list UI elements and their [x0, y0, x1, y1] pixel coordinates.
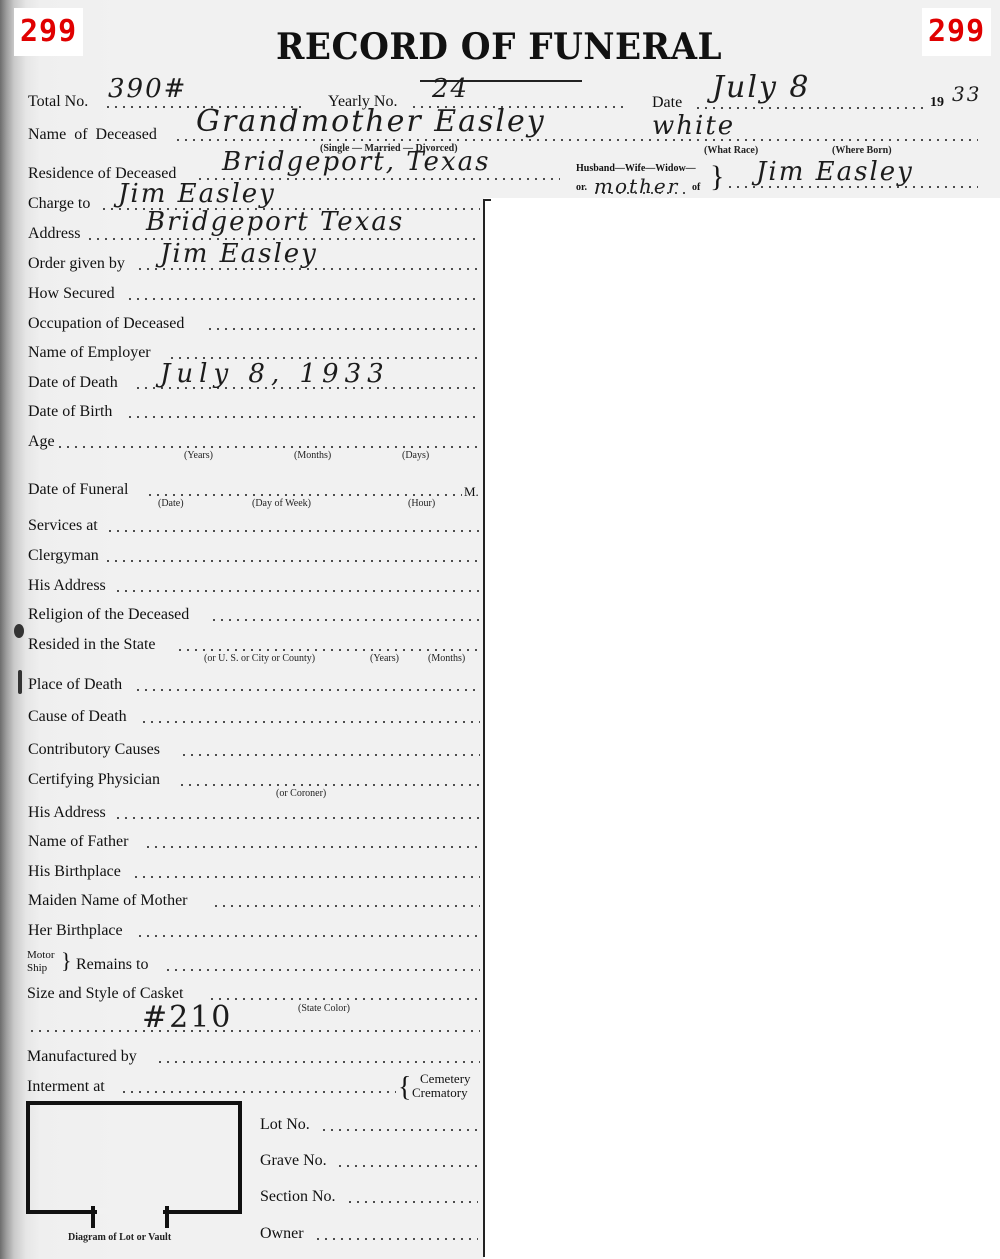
physician-hint: (or Coroner)	[276, 788, 326, 799]
owner-label: Owner	[260, 1225, 304, 1243]
manufactured-line[interactable]	[156, 1061, 480, 1063]
how-secured-line[interactable]	[126, 298, 480, 300]
remains-option-ship[interactable]: Ship	[27, 962, 47, 974]
remains-to-label: Remains to	[76, 956, 148, 974]
occupation-line[interactable]	[206, 328, 480, 330]
race-hint: (What Race)	[704, 145, 758, 156]
diagram-caption: Diagram of Lot or Vault	[68, 1232, 171, 1243]
section-no-label: Section No.	[260, 1188, 336, 1206]
grave-no-line[interactable]	[336, 1165, 478, 1167]
interment-label: Interment at	[27, 1078, 105, 1096]
date-of-funeral-line[interactable]	[146, 494, 462, 496]
section-no-line[interactable]	[346, 1201, 478, 1203]
yearly-no-value: 24	[432, 75, 469, 103]
resided-line[interactable]	[176, 649, 480, 651]
resided-months-hint: (Months)	[428, 653, 465, 664]
lot-diagram-opening	[97, 1208, 163, 1214]
column-divider	[483, 200, 485, 1257]
physician-line[interactable]	[178, 784, 480, 786]
name-value: Grandmother Easley	[196, 108, 546, 136]
date-label: Date	[652, 94, 682, 112]
ink-smudge	[14, 624, 24, 638]
remains-option-motor[interactable]: Motor	[27, 949, 55, 961]
casket-line-2[interactable]	[28, 1030, 480, 1032]
funeral-hour-hint: (Hour)	[408, 498, 435, 509]
resided-years-hint: (Years)	[370, 653, 399, 664]
date-value: July 8	[712, 74, 811, 102]
employer-label: Name of Employer	[28, 344, 151, 362]
age-label: Age	[28, 433, 55, 451]
date-of-birth-label: Date of Birth	[28, 403, 112, 421]
lot-diagram-right-leg	[165, 1206, 169, 1228]
race-value: white	[652, 112, 735, 140]
religion-line[interactable]	[210, 619, 480, 621]
page-title: RECORD OF FUNERAL	[276, 26, 722, 68]
name-line[interactable]	[174, 139, 978, 141]
casket-color-hint: (State Color)	[298, 1003, 350, 1014]
date-of-birth-line[interactable]	[126, 416, 480, 418]
age-days-hint: (Days)	[402, 450, 429, 461]
blank-right-area	[484, 198, 1000, 1259]
his-address-1-line[interactable]	[114, 590, 480, 592]
date-of-death-value: July 8, 1933	[160, 360, 390, 388]
grave-no-label: Grave No.	[260, 1152, 327, 1170]
mother-maiden-line[interactable]	[212, 905, 480, 907]
lot-diagram-box	[26, 1101, 242, 1214]
relation-person-value: Jim Easley	[756, 158, 914, 186]
mother-maiden-label: Maiden Name of Mother	[28, 892, 188, 910]
order-given-label: Order given by	[28, 255, 125, 273]
clergyman-line[interactable]	[104, 560, 480, 562]
address-label: Address	[28, 225, 80, 243]
his-address-1-label: His Address	[28, 577, 106, 595]
remains-to-line[interactable]	[164, 969, 480, 971]
charge-to-label: Charge to	[28, 195, 90, 213]
place-of-death-line[interactable]	[134, 689, 480, 691]
clergyman-label: Clergyman	[28, 547, 99, 565]
date-of-death-label: Date of Death	[28, 374, 118, 392]
casket-value: #210	[142, 1004, 232, 1032]
relation-or: or.	[576, 182, 587, 193]
casket-line-1[interactable]	[208, 998, 480, 1000]
page-number-right: 299	[922, 8, 991, 56]
his-birthplace-label: His Birthplace	[28, 863, 121, 881]
contributory-line[interactable]	[180, 754, 480, 756]
name-label: Name of Deceased	[28, 126, 157, 144]
column-divider-tick	[483, 199, 491, 201]
lot-no-label: Lot No.	[260, 1116, 310, 1134]
resided-place-hint: (or U. S. or City or County)	[204, 653, 315, 664]
total-no-value: 390#	[108, 75, 187, 103]
interment-option-crematory[interactable]: Crematory	[412, 1086, 468, 1100]
year-value: 33	[952, 80, 981, 108]
age-years-hint: (Years)	[184, 450, 213, 461]
charge-to-value: Jim Easley	[118, 180, 276, 208]
born-hint: (Where Born)	[832, 145, 892, 156]
father-line[interactable]	[144, 846, 480, 848]
relation-of: of	[692, 182, 700, 193]
lot-no-line[interactable]	[320, 1129, 478, 1131]
relation-brace: }	[710, 160, 724, 194]
year-prefix: 19	[930, 94, 944, 112]
relation-value: mother	[594, 172, 679, 200]
religion-label: Religion of the Deceased	[28, 606, 189, 624]
age-line[interactable]	[56, 446, 480, 448]
place-of-death-label: Place of Death	[28, 676, 122, 694]
funeral-day-hint: (Day of Week)	[252, 498, 311, 509]
her-birthplace-line[interactable]	[136, 935, 480, 937]
his-address-2-label: His Address	[28, 804, 106, 822]
funeral-date-hint: (Date)	[158, 498, 184, 509]
father-label: Name of Father	[28, 833, 128, 851]
cause-of-death-label: Cause of Death	[28, 708, 127, 726]
document-page: 299 299 RECORD OF FUNERAL Total No. 390#…	[0, 0, 1000, 1259]
occupation-label: Occupation of Deceased	[28, 315, 184, 333]
contributory-label: Contributory Causes	[28, 741, 160, 759]
remains-brace: }	[61, 948, 72, 974]
cause-of-death-line[interactable]	[140, 721, 480, 723]
owner-line[interactable]	[314, 1238, 478, 1240]
interment-brace: {	[398, 1072, 411, 1104]
how-secured-label: How Secured	[28, 285, 115, 303]
age-months-hint: (Months)	[294, 450, 331, 461]
services-line[interactable]	[106, 530, 480, 532]
page-number-left: 299	[14, 8, 83, 56]
date-of-funeral-label: Date of Funeral	[28, 481, 128, 499]
order-given-value: Jim Easley	[160, 240, 318, 268]
manufactured-label: Manufactured by	[27, 1048, 137, 1066]
residence-value: Bridgeport, Texas	[222, 148, 490, 176]
date-line[interactable]	[694, 107, 926, 109]
her-birthplace-label: Her Birthplace	[28, 922, 123, 940]
resided-label: Resided in the State	[28, 636, 156, 654]
interment-option-cemetery[interactable]: Cemetery	[420, 1072, 471, 1086]
address-value: Bridgeport Texas	[146, 208, 404, 236]
total-no-label: Total No.	[28, 93, 88, 111]
lot-diagram-left-leg	[91, 1206, 95, 1228]
his-address-2-line[interactable]	[114, 817, 480, 819]
interment-line[interactable]	[120, 1091, 396, 1093]
physician-label: Certifying Physician	[28, 771, 160, 789]
services-label: Services at	[28, 517, 98, 535]
ink-smudge	[18, 670, 22, 694]
his-birthplace-line[interactable]	[132, 876, 480, 878]
funeral-meridiem: M.	[464, 483, 479, 501]
